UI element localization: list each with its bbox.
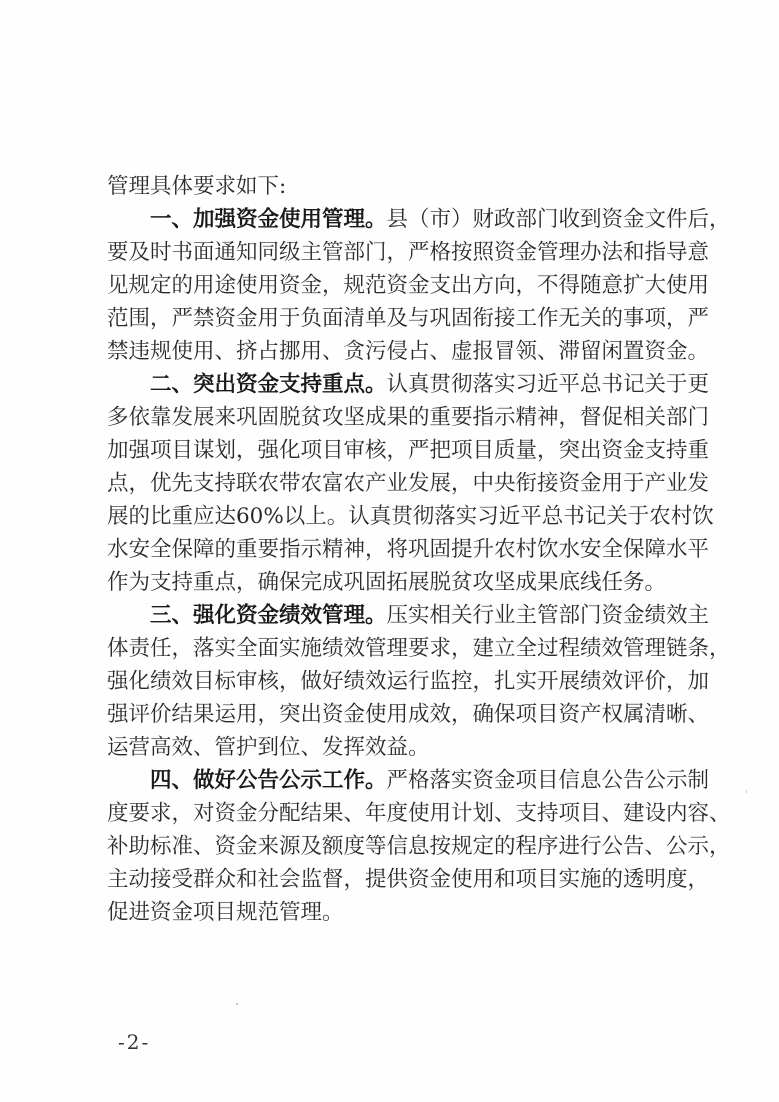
section-4-line: 主动接受群众和社会监督，提供资金使用和项目实施的透明度，	[107, 863, 669, 896]
document-body: 管理具体要求如下: 一、加强资金使用管理。县（市）财政部门收到资金文件后， 要及…	[107, 170, 669, 929]
section-1-line: 禁违规使用、挤占挪用、贪污侵占、虚报冒领、滞留闲置资金。	[107, 335, 669, 368]
scan-speck	[746, 790, 747, 793]
section-3-line: 强化绩效目标审核，做好绩效运行监控，扎实开展绩效评价，加	[107, 665, 669, 698]
section-4-text: 严格落实资金项目信息公告公示制	[387, 768, 710, 793]
section-3-line: 体责任，落实全面实施绩效管理要求，建立全过程绩效管理链条，	[107, 632, 669, 665]
section-2-first-line: 二、突出资金支持重点。认真贯彻落实习近平总书记关于更	[107, 368, 669, 401]
scan-speck	[236, 1003, 238, 1005]
section-1-first-line: 一、加强资金使用管理。县（市）财政部门收到资金文件后，	[107, 203, 669, 236]
section-2-line: 加强项目谋划，强化项目审核，严把项目质量，突出资金支持重	[107, 434, 669, 467]
section-1-text: 县（市）财政部门收到资金文件后，	[387, 207, 731, 232]
section-4-heading: 四、做好公告公示工作。	[150, 768, 387, 793]
section-2-line: 作为支持重点，确保完成巩固拓展脱贫攻坚成果底线任务。	[107, 566, 669, 599]
intro-line: 管理具体要求如下:	[107, 170, 669, 203]
section-3-first-line: 三、强化资金绩效管理。压实相关行业主管部门资金绩效主	[107, 599, 669, 632]
section-1-line: 见规定的用途使用资金，规范资金支出方向，不得随意扩大使用	[107, 269, 669, 302]
page-number: -2-	[118, 1030, 150, 1054]
section-3-line: 强评价结果运用，突出资金使用成效，确保项目资产权属清晰、	[107, 698, 669, 731]
section-2-line: 多依靠发展来巩固脱贫攻坚成果的重要指示精神，督促相关部门	[107, 401, 669, 434]
section-4-line: 补助标准、资金来源及额度等信息按规定的程序进行公告、公示，	[107, 830, 669, 863]
section-2-line: 水安全保障的重要指示精神，将巩固提升农村饮水安全保障水平	[107, 533, 669, 566]
document-page: 管理具体要求如下: 一、加强资金使用管理。县（市）财政部门收到资金文件后， 要及…	[0, 0, 779, 1102]
section-1-line: 要及时书面通知同级主管部门，严格按照资金管理办法和指导意	[107, 236, 669, 269]
section-1-heading: 一、加强资金使用管理。	[150, 207, 387, 232]
section-1-line: 范围，严禁资金用于负面清单及与巩固衔接工作无关的事项，严	[107, 302, 669, 335]
section-4-line: 促进资金项目规范管理。	[107, 896, 669, 929]
section-2-heading: 二、突出资金支持重点。	[150, 372, 387, 397]
section-3-text: 压实相关行业主管部门资金绩效主	[387, 603, 710, 628]
section-4-first-line: 四、做好公告公示工作。严格落实资金项目信息公告公示制	[107, 764, 669, 797]
section-2-line: 展的比重应达60%以上。认真贯彻落实习近平总书记关于农村饮	[107, 500, 669, 533]
section-2-text: 认真贯彻落实习近平总书记关于更	[387, 372, 710, 397]
section-2-line: 点，优先支持联农带农富农产业发展，中央衔接资金用于产业发	[107, 467, 669, 500]
section-3-heading: 三、强化资金绩效管理。	[150, 603, 387, 628]
section-4-line: 度要求，对资金分配结果、年度使用计划、支持项目、建设内容、	[107, 797, 669, 830]
section-3-line: 运营高效、管护到位、发挥效益。	[107, 731, 669, 764]
